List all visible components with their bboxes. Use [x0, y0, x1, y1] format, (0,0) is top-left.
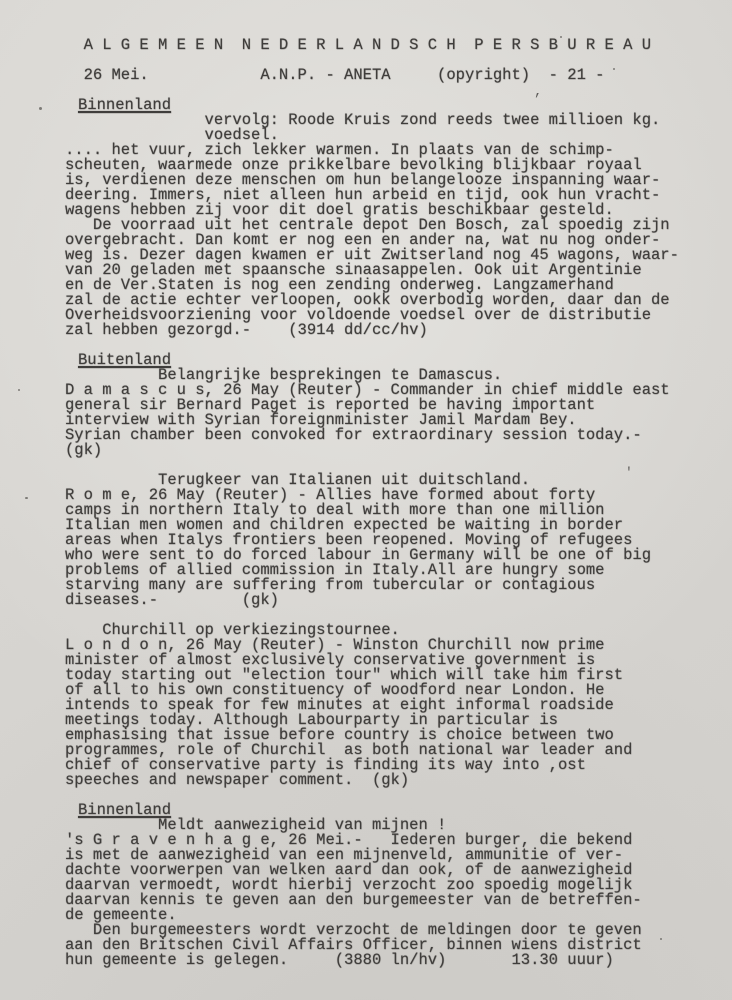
document-page: A L G E M E E N N E D E R L A N D S C H …: [0, 0, 732, 1000]
document-line: hun gemeente is gelegen. (3880 ln/hv) 13…: [65, 953, 725, 968]
agency-title: A L G E M E E N N E D E R L A N D S C H …: [65, 38, 725, 53]
document-line: speeches and newspaper comment. (gk): [65, 773, 725, 788]
dateline: 26 Mei. A.N.P. - ANETA (opyright) - 21 -: [65, 68, 725, 83]
document-line: diseases.- (gk): [65, 593, 725, 608]
paper-speck: [560, 36, 562, 38]
paper-speck: [613, 68, 615, 70]
document-body: A L G E M E E N N E D E R L A N D S C H …: [65, 38, 725, 968]
paper-speck: [18, 389, 20, 391]
paper-speck: [39, 107, 42, 110]
paper-speck: [660, 938, 662, 940]
document-line: (gk): [65, 443, 725, 458]
stray-comma-mark: ,: [534, 84, 542, 100]
document-line: Syrian chamber been convoked for extraor…: [65, 428, 725, 443]
stray-apostrophe-mark: ': [625, 465, 633, 480]
document-line: zal hebben gezorgd.- (3914 dd/cc/hv): [65, 323, 725, 338]
paper-speck: [25, 497, 28, 499]
